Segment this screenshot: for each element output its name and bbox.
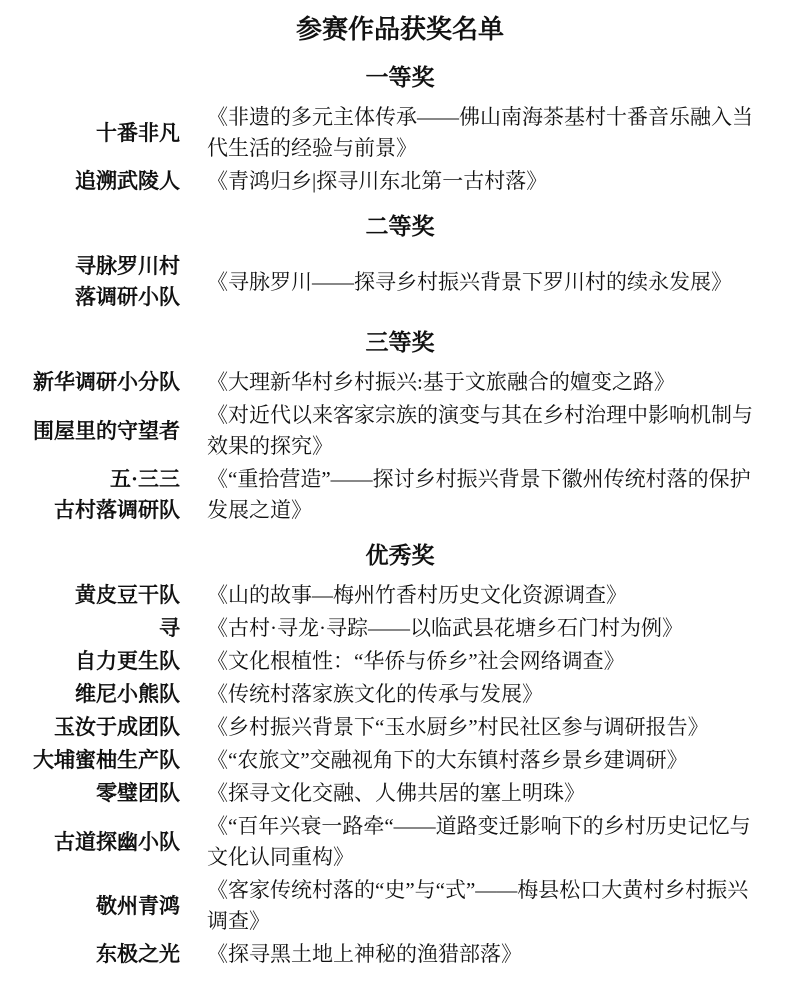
team-name: 敬州青鸿 [0, 891, 180, 922]
entry-row: 自力更生队 《文化根植性：“华侨与侨乡”社会网络调查》 [0, 646, 800, 677]
entry-row: 东极之光 《探寻黑土地上神秘的渔猎部落》 [0, 939, 800, 970]
entry-row: 追溯武陵人 《青鸿归乡|探寻川东北第一古村落》 [0, 166, 800, 197]
work-title: 《探寻黑土地上神秘的渔猎部落》 [207, 939, 760, 970]
work-title: 《乡村振兴背景下“玉水厨乡”村民社区参与调研报告》 [207, 712, 760, 743]
section-entries: 寻脉罗川村 落调研小队 《寻脉罗川——探寻乡村振兴背景下罗川村的续永发展》 [0, 251, 800, 313]
work-title: 《非遗的多元主体传承——佛山南海茶基村十番音乐融入当代生活的经验与前景》 [207, 102, 760, 164]
team-name: 自力更生队 [0, 646, 180, 677]
team-name: 围屋里的守望者 [0, 416, 180, 447]
entry-row: 玉汝于成团队 《乡村振兴背景下“玉水厨乡”村民社区参与调研报告》 [0, 712, 800, 743]
award-section: 三等奖 新华调研小分队 《大理新华村乡村振兴:基于文旅融合的嬗变之路》 围屋里的… [0, 326, 800, 526]
work-title: 《探寻文化交融、人佛共居的塞上明珠》 [207, 778, 760, 809]
section-heading: 一等奖 [0, 61, 800, 94]
entry-row: 五·三三 古村落调研队 《“重拾营造”——探讨乡村振兴背景下徽州传统村落的保护发… [0, 464, 800, 526]
team-name: 黄皮豆干队 [0, 580, 180, 611]
section-heading: 三等奖 [0, 326, 800, 359]
work-title: 《对近代以来客家宗族的演变与其在乡村治理中影响机制与效果的探究》 [207, 400, 760, 462]
work-title: 《客家传统村落的“史”与“式”——梅县松口大黄村乡村振兴调查》 [207, 875, 760, 937]
entry-row: 古道探幽小队 《“百年兴衰一路牵“——道路变迁影响下的乡村历史记忆与文化认同重构… [0, 811, 800, 873]
work-title: 《传统村落家族文化的传承与发展》 [207, 679, 760, 710]
section-entries: 十番非凡 《非遗的多元主体传承——佛山南海茶基村十番音乐融入当代生活的经验与前景… [0, 102, 800, 197]
work-title: 《大理新华村乡村振兴:基于文旅融合的嬗变之路》 [207, 367, 760, 398]
work-title: 《寻脉罗川——探寻乡村振兴背景下罗川村的续永发展》 [207, 267, 760, 298]
work-title: 《古村·寻龙·寻踪——以临武县花塘乡石门村为例》 [207, 613, 760, 644]
entry-row: 十番非凡 《非遗的多元主体传承——佛山南海茶基村十番音乐融入当代生活的经验与前景… [0, 102, 800, 164]
entry-row: 寻脉罗川村 落调研小队 《寻脉罗川——探寻乡村振兴背景下罗川村的续永发展》 [0, 251, 800, 313]
work-title: 《“重拾营造”——探讨乡村振兴背景下徽州传统村落的保护发展之道》 [207, 464, 760, 526]
section-entries: 新华调研小分队 《大理新华村乡村振兴:基于文旅融合的嬗变之路》 围屋里的守望者 … [0, 367, 800, 526]
award-section: 二等奖 寻脉罗川村 落调研小队 《寻脉罗川——探寻乡村振兴背景下罗川村的续永发展… [0, 210, 800, 313]
team-name: 玉汝于成团队 [0, 712, 180, 743]
section-heading: 二等奖 [0, 210, 800, 243]
team-name: 维尼小熊队 [0, 679, 180, 710]
work-title: 《山的故事—梅州竹香村历史文化资源调查》 [207, 580, 760, 611]
entry-row: 敬州青鸿 《客家传统村落的“史”与“式”——梅县松口大黄村乡村振兴调查》 [0, 875, 800, 937]
section-heading: 优秀奖 [0, 539, 800, 572]
entry-row: 黄皮豆干队 《山的故事—梅州竹香村历史文化资源调查》 [0, 580, 800, 611]
team-name: 寻脉罗川村 落调研小队 [0, 251, 180, 313]
team-name: 古道探幽小队 [0, 827, 180, 858]
team-name: 大埔蜜柚生产队 [0, 745, 180, 776]
section-entries: 黄皮豆干队 《山的故事—梅州竹香村历史文化资源调查》 寻 《古村·寻龙·寻踪——… [0, 580, 800, 970]
award-section: 一等奖 十番非凡 《非遗的多元主体传承——佛山南海茶基村十番音乐融入当代生活的经… [0, 61, 800, 197]
entry-row: 围屋里的守望者 《对近代以来客家宗族的演变与其在乡村治理中影响机制与效果的探究》 [0, 400, 800, 462]
team-name: 寻 [0, 613, 180, 644]
sections-container: 一等奖 十番非凡 《非遗的多元主体传承——佛山南海茶基村十番音乐融入当代生活的经… [0, 61, 800, 970]
entry-row: 维尼小熊队 《传统村落家族文化的传承与发展》 [0, 679, 800, 710]
work-title: 《“农旅文”交融视角下的大东镇村落乡景乡建调研》 [207, 745, 760, 776]
document-title: 参赛作品获奖名单 [0, 12, 800, 48]
team-name: 五·三三 古村落调研队 [0, 464, 180, 526]
team-name: 零璧团队 [0, 778, 180, 809]
team-name: 新华调研小分队 [0, 367, 180, 398]
team-name: 十番非凡 [0, 118, 180, 149]
entry-row: 大埔蜜柚生产队 《“农旅文”交融视角下的大东镇村落乡景乡建调研》 [0, 745, 800, 776]
work-title: 《文化根植性：“华侨与侨乡”社会网络调查》 [207, 646, 760, 677]
team-name: 东极之光 [0, 939, 180, 970]
team-name: 追溯武陵人 [0, 166, 180, 197]
work-title: 《“百年兴衰一路牵“——道路变迁影响下的乡村历史记忆与文化认同重构》 [207, 811, 760, 873]
entry-row: 寻 《古村·寻龙·寻踪——以临武县花塘乡石门村为例》 [0, 613, 800, 644]
entry-row: 新华调研小分队 《大理新华村乡村振兴:基于文旅融合的嬗变之路》 [0, 367, 800, 398]
award-section: 优秀奖 黄皮豆干队 《山的故事—梅州竹香村历史文化资源调查》 寻 《古村·寻龙·… [0, 539, 800, 970]
work-title: 《青鸿归乡|探寻川东北第一古村落》 [207, 166, 760, 197]
entry-row: 零璧团队 《探寻文化交融、人佛共居的塞上明珠》 [0, 778, 800, 809]
award-list-page: 参赛作品获奖名单 一等奖 十番非凡 《非遗的多元主体传承——佛山南海茶基村十番音… [0, 0, 800, 1008]
